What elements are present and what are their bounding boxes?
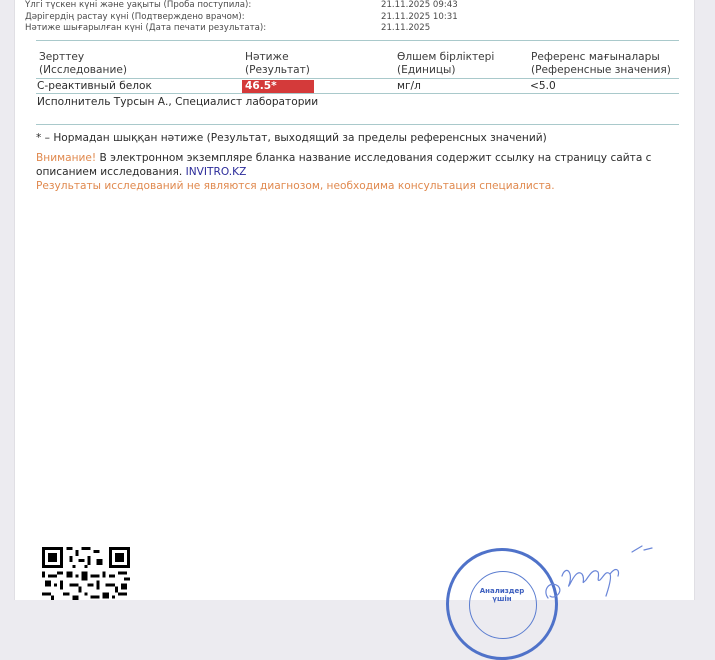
signature-icon <box>540 540 670 600</box>
attention-label: Внимание! <box>36 152 96 164</box>
notes-section: * – Нормадан шыққан нәтиже (Результат, в… <box>36 131 686 193</box>
header-line: Зерттеу <box>39 51 127 64</box>
qr-code-icon <box>42 547 130 600</box>
executor-text: Исполнитель Турсын А., Специалист лабора… <box>37 95 318 109</box>
header-line: (Исследование) <box>39 64 127 77</box>
attention-paragraph: Внимание! В электронном экземпляре бланк… <box>36 151 686 179</box>
header-line: Өлшем бірліктері <box>397 51 494 64</box>
column-header-units: Өлшем бірліктері (Единицы) <box>397 51 494 76</box>
attention-text: В электронном экземпляре бланка название… <box>36 152 652 178</box>
header-line: (Результат) <box>245 64 310 77</box>
units-value: мг/л <box>397 79 421 93</box>
reference-value: <5.0 <box>530 79 556 93</box>
divider <box>36 124 679 125</box>
invitro-link[interactable]: INVITRO.KZ <box>186 166 247 178</box>
column-header-reference: Референс мағыналары (Референсные значени… <box>531 51 671 76</box>
results-table: Зерттеу (Исследование) Нәтиже (Результат… <box>0 0 715 120</box>
header-line: (Единицы) <box>397 64 494 77</box>
qr-code <box>42 547 130 600</box>
footnote: * – Нормадан шыққан нәтиже (Результат, в… <box>36 131 686 145</box>
result-value-flagged: 46.5* <box>242 80 314 93</box>
header-line: Референс мағыналары <box>531 51 671 64</box>
column-header-test: Зерттеу (Исследование) <box>39 51 127 76</box>
header-line: (Референсные значения) <box>531 64 671 77</box>
header-line: Нәтиже <box>245 51 310 64</box>
column-header-result: Нәтиже (Результат) <box>245 51 310 76</box>
disclaimer: Результаты исследований не являются диаг… <box>36 179 686 193</box>
test-name-link[interactable]: С-реактивный белок <box>37 79 152 93</box>
